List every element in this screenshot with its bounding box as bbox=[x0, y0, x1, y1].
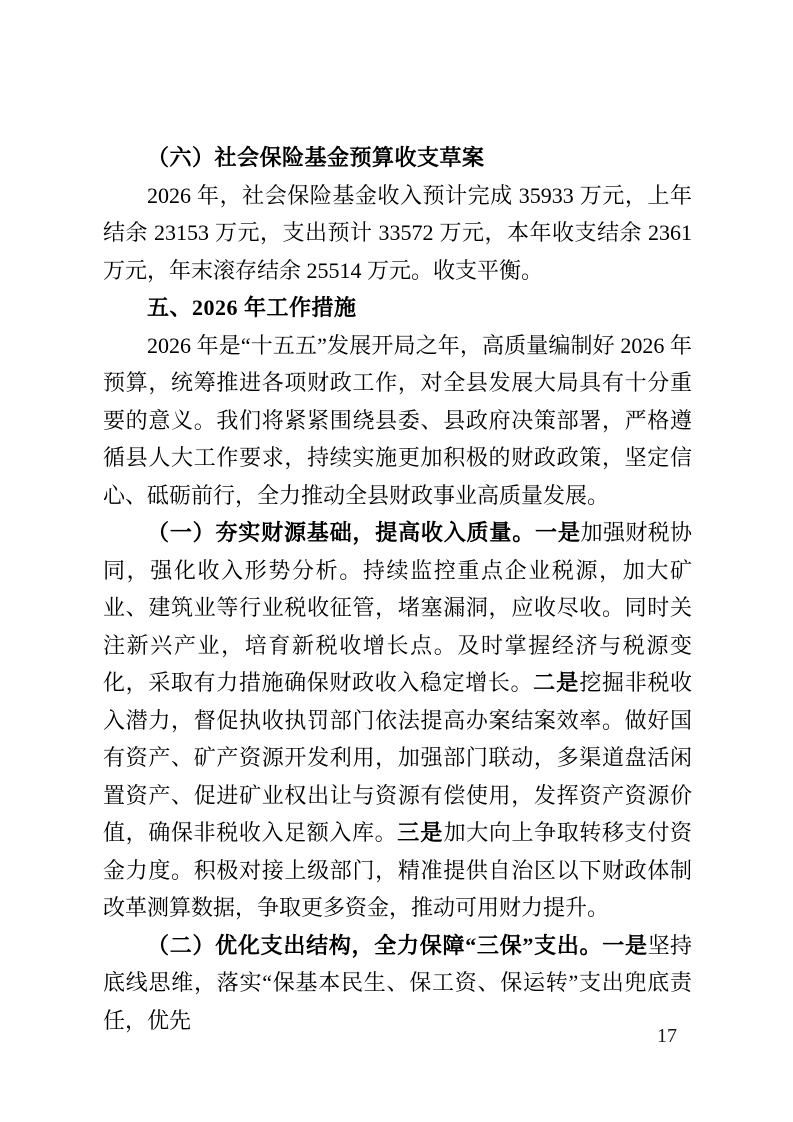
text-run: 挖掘非税收入潜力，督促执收执罚部门依法提高办案结案效率。做好国有资产、矿产资源开… bbox=[103, 670, 692, 845]
section-heading-social-insurance-budget: （六）社会保险基金预算收支草案 bbox=[103, 139, 692, 177]
text-run-bold: 三是 bbox=[397, 820, 443, 845]
document-content: （六）社会保险基金预算收支草案 2026 年，社会保险基金收入预计完成 3593… bbox=[103, 139, 692, 1039]
page-number: 17 bbox=[657, 1021, 677, 1051]
text-run: 加强财税协同，强化收入形势分析。持续监控重点企业税源，加大矿业、建筑业等行业税收… bbox=[103, 520, 692, 695]
paragraph-social-insurance-figures: 2026 年，社会保险基金收入预计完成 35933 万元，上年结余 23153 … bbox=[103, 177, 692, 290]
text-run-bold: （一）夯实财源基础，提高收入质量。一是 bbox=[147, 520, 581, 545]
section-heading-2026-work-measures: 五、2026 年工作措施 bbox=[103, 289, 692, 327]
paragraph-2026-overview: 2026 年是“十五五”发展开局之年，高质量编制好 2026 年预算，统筹推进各… bbox=[103, 327, 692, 515]
paragraph-measure-2-expenditure: （二）优化支出结构，全力保障“三保”支出。一是坚持底线思维，落实“保基本民生、保… bbox=[103, 927, 692, 1040]
text-run-bold: 二是 bbox=[533, 670, 579, 695]
text-run-bold: （二）优化支出结构，全力保障“三保”支出。一是 bbox=[147, 933, 648, 958]
text-run: 2026 年是“十五五”发展开局之年，高质量编制好 2026 年预算，统筹推进各… bbox=[103, 333, 692, 508]
paragraph-measure-1-revenue: （一）夯实财源基础，提高收入质量。一是加强财税协同，强化收入形势分析。持续监控重… bbox=[103, 514, 692, 927]
text-run: 2026 年，社会保险基金收入预计完成 35933 万元，上年结余 23153 … bbox=[103, 183, 692, 283]
document-page: （六）社会保险基金预算收支草案 2026 年，社会保险基金收入预计完成 3593… bbox=[0, 0, 793, 1122]
